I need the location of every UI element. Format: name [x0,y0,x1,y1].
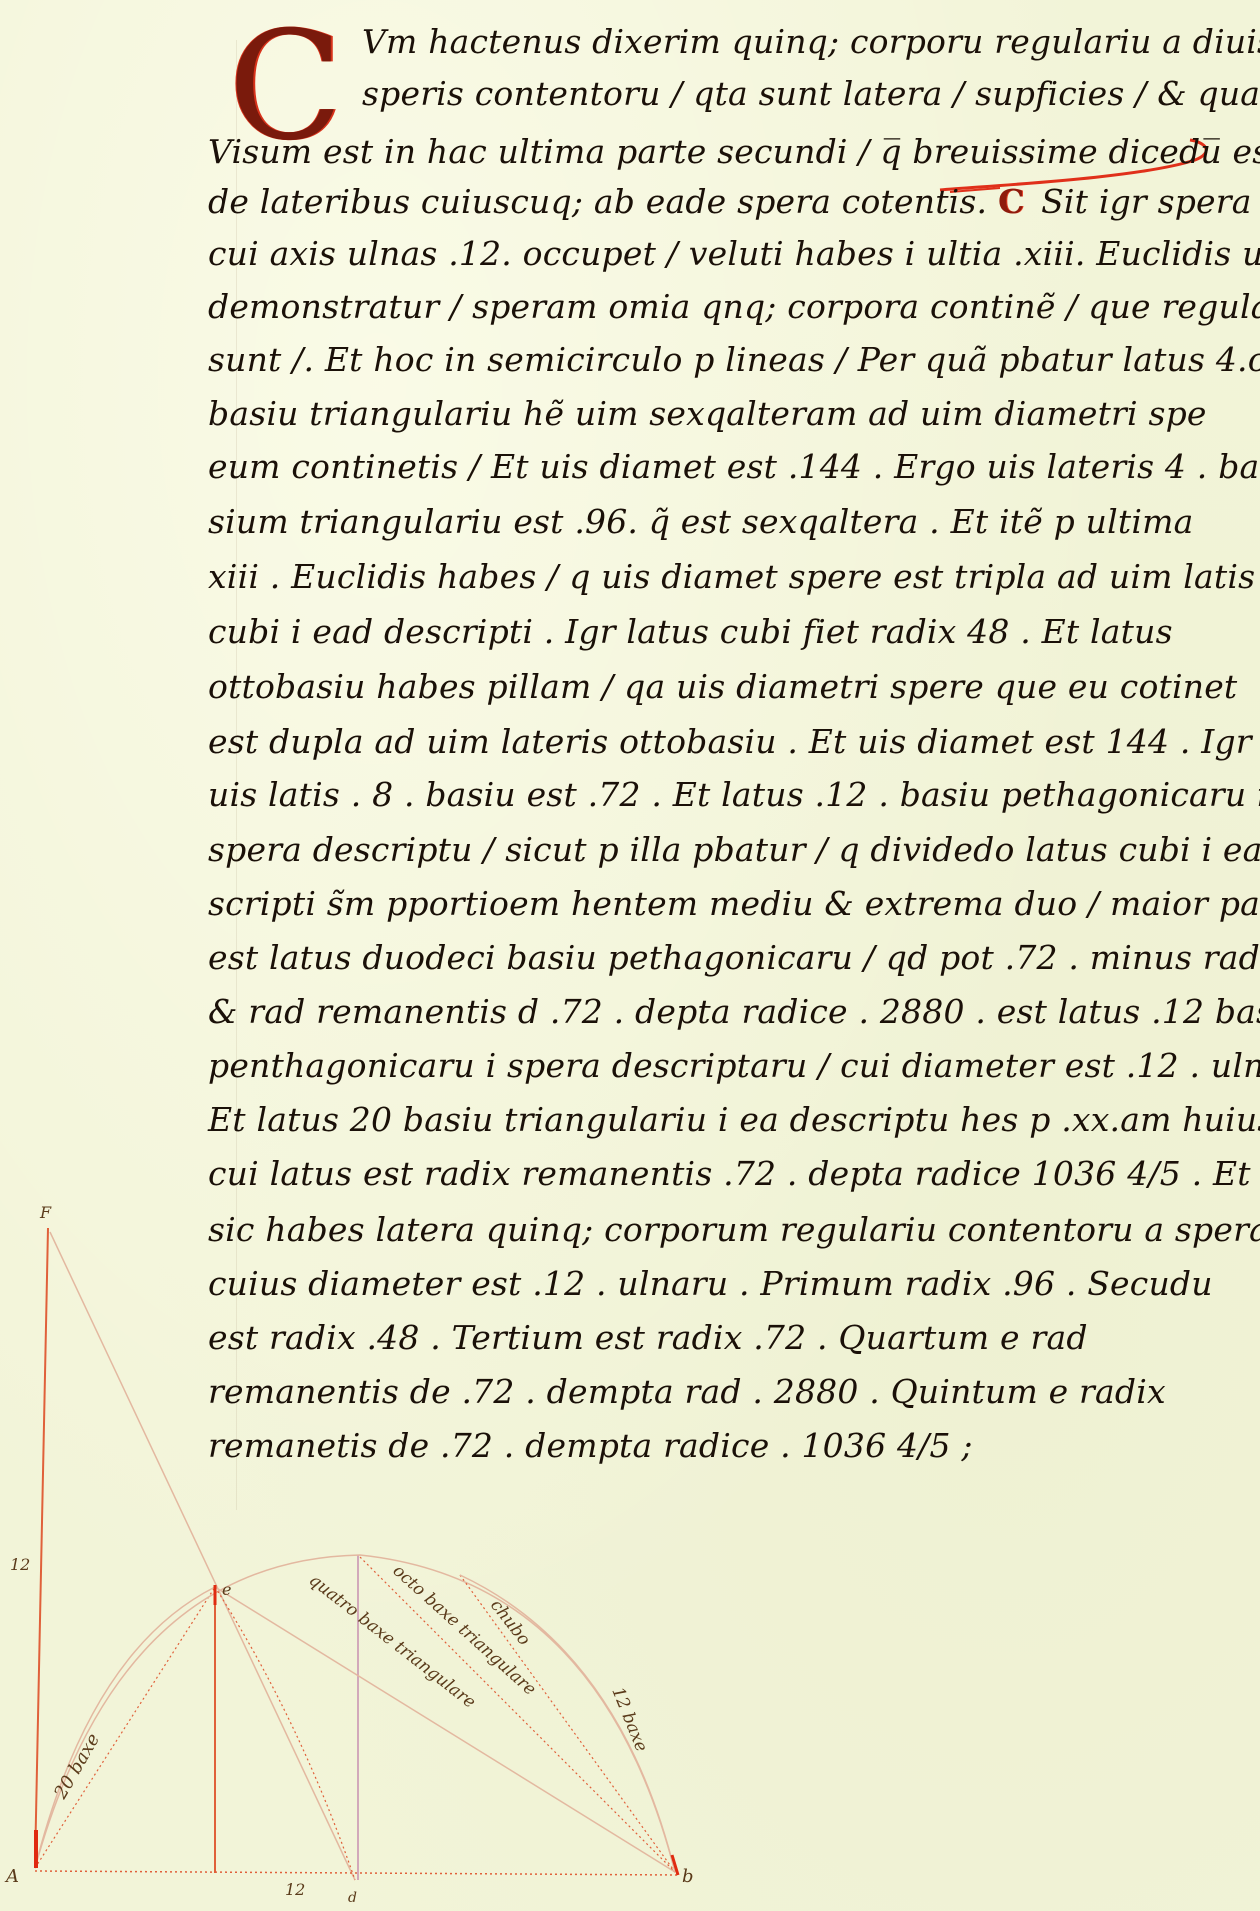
label-bottom-12: 12 [285,1880,305,1899]
line-Ae [35,1587,215,1868]
label-b: b [682,1866,694,1887]
label-F: F [39,1203,52,1222]
label-twenty-bases: 20 baxe [50,1730,105,1803]
manuscript-page: C Vm hactenus dixerim quinq; corporu reg… [0,0,1260,1911]
label-e: e [222,1580,231,1599]
label-left-12: 12 [10,1555,30,1574]
label-A: A [4,1866,19,1887]
line-FA [35,1228,48,1865]
label-d: d [348,1890,357,1906]
label-four-bases: quatro baxe triangulare [305,1570,479,1712]
geometric-diagram: F A e d b 12 12 20 baxe quatro baxe tria… [0,0,1260,1911]
line-Fd [50,1232,355,1880]
